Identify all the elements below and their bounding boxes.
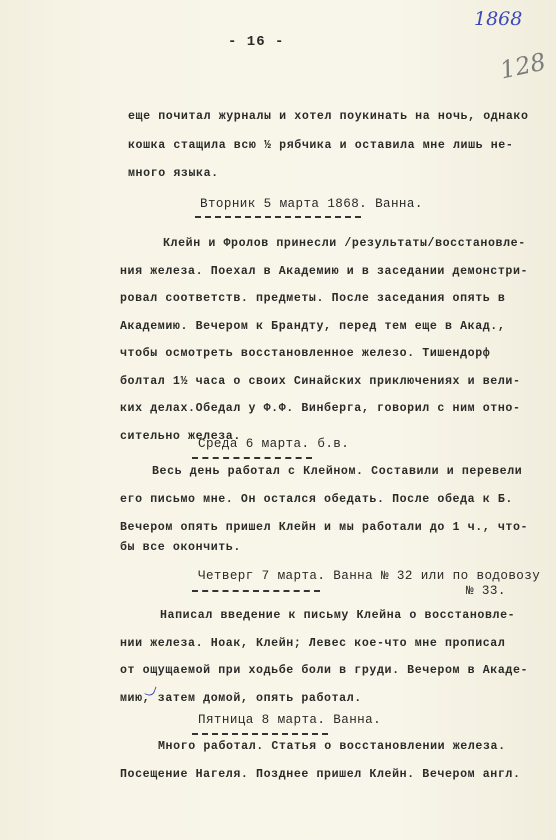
document-page: - 16 - 1868 128 еще почитал журналы и хо… (0, 0, 556, 840)
text-line: бы все окончить. (120, 541, 241, 554)
text-line: болтал 1½ часа о своих Синайских приключ… (120, 375, 521, 388)
text-line: кошка стащила всю ½ рябчика и оставила м… (128, 139, 513, 152)
heading-underline (192, 590, 320, 592)
text-line: Вечером опять пришел Клейн и мы работали… (120, 521, 528, 534)
entry-heading-friday: Пятница 8 марта. Ванна. (198, 713, 381, 727)
text-line: чтобы осмотреть восстановленное железо. … (120, 347, 490, 360)
text-line: ких делах.Обедал у Ф.Ф. Винберга, говори… (120, 402, 521, 415)
text-line: Клейн и Фролов принесли /результаты/восс… (163, 237, 526, 250)
text-line: ния железа. Поехал в Академию и в заседа… (120, 265, 528, 278)
heading-underline (195, 216, 361, 218)
handwritten-year-annotation: 1868 (474, 8, 522, 30)
text-line: еще почитал журналы и хотел поукинать на… (128, 110, 529, 123)
entry-heading-tuesday: Вторник 5 марта 1868. Ванна. (200, 197, 423, 211)
heading-continuation: № 33. (466, 584, 506, 598)
text-line: Много работал. Статья о восстановлении ж… (158, 740, 506, 753)
heading-underline (192, 457, 312, 459)
handwritten-folio-number: 128 (498, 48, 549, 85)
text-line: Академию. Вечером к Брандту, перед тем е… (120, 320, 505, 333)
text-line: от ощущаемой при ходьбе боли в груди. Ве… (120, 664, 528, 677)
text-line: ровал соответств. предметы. После заседа… (120, 292, 505, 305)
text-line: Весь день работал с Клейном. Составили и… (152, 465, 522, 478)
entry-heading-wednesday: Среда 6 марта. б.в. (198, 437, 349, 451)
text-line: его письмо мне. Он остался обедать. Посл… (120, 493, 513, 506)
entry-heading-thursday: Четверг 7 марта. Ванна № 32 или по водов… (198, 569, 540, 583)
text-line: Посещение Нагеля. Позднее пришел Клейн. … (120, 768, 521, 781)
page-number: - 16 - (228, 34, 284, 50)
text-line: мию, затем домой, опять работал. (120, 692, 362, 705)
text-line: Написал введение к письму Клейна о восст… (160, 609, 515, 622)
heading-underline (192, 733, 328, 735)
text-line: много языка. (128, 167, 219, 180)
text-line: нии железа. Ноак, Клейн; Левес кое-что м… (120, 637, 505, 650)
